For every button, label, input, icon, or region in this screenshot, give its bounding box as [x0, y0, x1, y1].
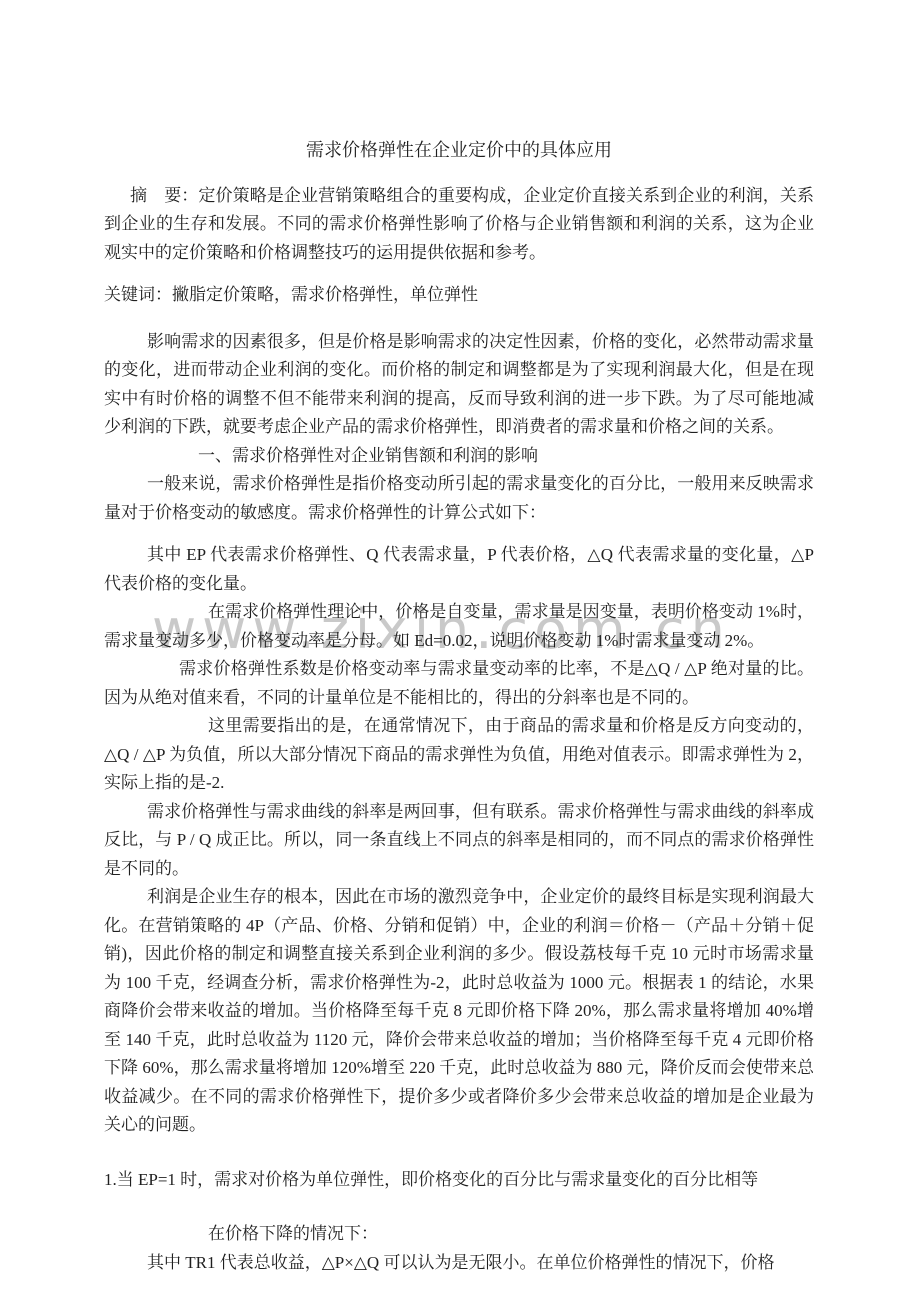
keywords-line: 关键词：撇脂定价策略，需求价格弹性，单位弹性 — [104, 281, 814, 310]
elasticity-theory-paragraph: 在需求价格弹性理论中，价格是自变量，需求量是因变量，表明价格变动 1%时，需求量… — [104, 598, 814, 655]
slope-note-paragraph: 需求价格弹性与需求曲线的斜率是两回事，但有联系。需求价格弹性与需求曲线的斜率成反… — [104, 798, 814, 884]
profit-example-paragraph: 利润是企业生存的根本，因此在市场的激烈竞争中，企业定价的最终目标是实现利润最大化… — [104, 883, 814, 1140]
document-title: 需求价格弹性在企业定价中的具体应用 — [104, 136, 814, 165]
coefficient-note-paragraph: 需求价格弹性系数是价格变动率与需求量变动率的比率，不是△Q / △P 绝对量的比… — [104, 655, 814, 712]
price-fall-label-line: 在价格下降的情况下： — [104, 1220, 814, 1249]
case-ep1-paragraph: 1.当 EP=1 时，需求对价格为单位弹性，即价格变化的百分比与需求量变化的百分… — [104, 1166, 814, 1195]
section-heading: 一、需求价格弹性对企业销售额和利润的影响 — [104, 442, 814, 471]
intro-paragraph: 影响需求的因素很多，但是价格是影响需求的决定性因素，价格的变化，必然带动需求量的… — [104, 328, 814, 442]
document-body: 需求价格弹性在企业定价中的具体应用 摘 要：定价策略是企业营销策略组合的重要构成… — [0, 0, 920, 1277]
elasticity-definition-paragraph: 一般来说，需求价格弹性是指价格变动所引起的需求量变化的百分比，一般用来反映需求量… — [104, 470, 814, 527]
negative-value-paragraph: 这里需要指出的是，在通常情况下，由于商品的需求量和价格是反方向变动的，△Q / … — [104, 712, 814, 798]
document-page: www.zixin.com.cn 需求价格弹性在企业定价中的具体应用 摘 要：定… — [0, 0, 920, 1302]
formula-variables-paragraph: 其中 EP 代表需求价格弹性、Q 代表需求量，P 代表价格，△Q 代表需求量的变… — [104, 541, 814, 598]
tr1-note-paragraph: 其中 TR1 代表总收益，△P×△Q 可以认为是无限小。在单位价格弹性的情况下，… — [104, 1249, 814, 1278]
abstract-paragraph: 摘 要：定价策略是企业营销策略组合的重要构成，企业定价直接关系到企业的利润，关系… — [104, 182, 814, 268]
